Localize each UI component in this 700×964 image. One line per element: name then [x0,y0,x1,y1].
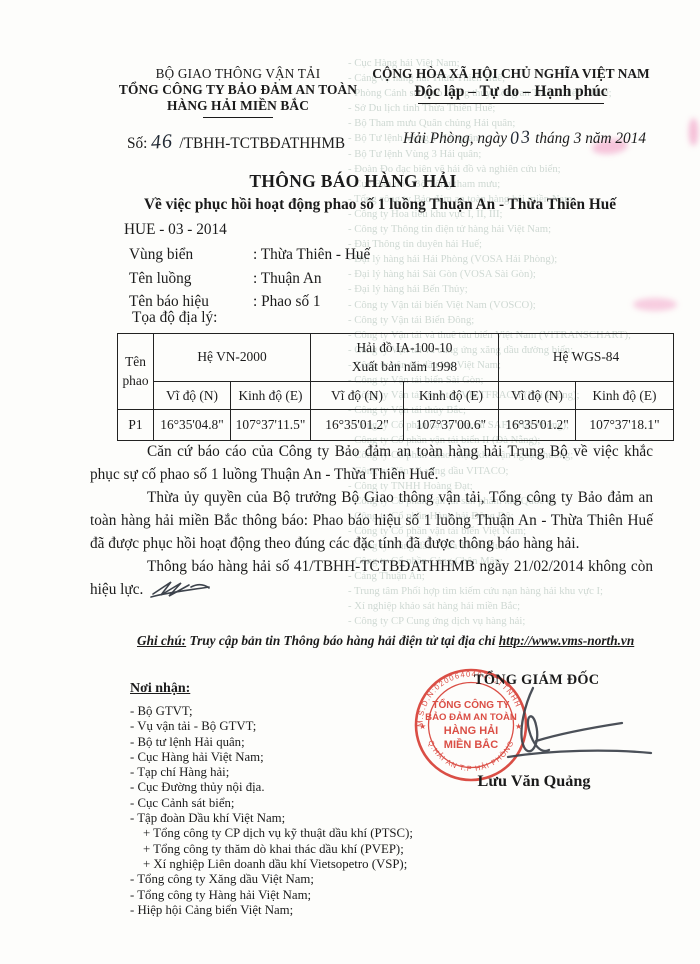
vn2000-lat-cell: 16°35'04.8" [154,410,231,441]
recipient-item: - Cục Hàng hải Việt Nam; [130,750,413,765]
chart-group-line2: Xuất bản năm 1998 [311,358,498,376]
table-row-p1: P1 16°35'04.8" 107°37'11.5" 16°35'01.2" … [118,410,674,441]
column-header-lat: Vĩ độ (N) [499,382,576,410]
bleedthrough-line: - Đại lý hàng hải Hải Phòng (VOSA Hải Ph… [348,252,696,267]
note-line: Ghi chú: Truy cập bản tin Thông báo hàng… [137,633,657,649]
recipient-item: - Tổng công ty Hàng hải Việt Nam; [130,888,413,903]
ministry-name: BỘ GIAO THÔNG VẬN TẢI [118,66,358,82]
info-row-channel: Tên luồng: Thuận An [129,267,370,291]
date-day-handwritten: 03 [509,126,533,149]
note-url: http://www.vms-north.vn [499,633,634,648]
recipient-subitem: + Tổng công ty CP dịch vụ kỹ thuật dầu k… [130,826,413,841]
info-value: : Thừa Thiên - Huế [253,246,370,263]
table-subheader-row: Vĩ độ (N) Kinh độ (E) Vĩ độ (N) Kinh độ … [118,382,674,410]
stamp-center-line4: MIỀN BẮC [444,738,498,751]
column-header-lat: Vĩ độ (N) [154,382,231,410]
pink-ink-smudge [689,118,698,146]
place-date-line: Hải Phòng, ngày03tháng 3 năm 2014 [403,127,646,148]
vn2000-lon-cell: 107°37'11.5" [231,410,311,441]
coordinates-heading: Tọa độ địa lý: [132,309,217,327]
document-subtitle: Về việc phục hồi hoạt động phao số 1 luồ… [70,196,690,214]
column-header-lon: Kinh độ (E) [231,382,311,410]
recipient-item: - Bộ GTVT; [130,704,413,719]
handwritten-paraph-mark [149,579,211,599]
column-header-lon: Kinh độ (E) [576,382,674,410]
corporation-name-line1: TỔNG CÔNG TY BẢO ĐẢM AN TOÀN [118,82,358,98]
recipient-item: - Cục Cảnh sát biển; [130,796,413,811]
note-label: Ghi chú: [137,633,186,648]
recipient-item: - Tập đoàn Dầu khí Việt Nam; [130,811,413,826]
bleedthrough-line: - Xí nghiệp khảo sát hàng hải miền Bắc; [348,599,696,614]
note-text: Truy cập bản tin Thông báo hàng hải điện… [186,633,499,648]
recipient-subitem: + Tổng công ty thăm dò khai thác dầu khí… [130,842,413,857]
bleedthrough-line: - Đài Thông tin duyên hải Huế; [348,237,696,252]
bleedthrough-line: - Công ty CP Cung ứng dịch vụ hàng hải; [348,614,696,629]
stamp-star-left: ★ [419,722,426,731]
column-group-vn2000: Hệ VN-2000 [154,334,311,382]
bleedthrough-line: - Bộ Tư lệnh Vùng 3 Hải quân; [348,147,696,162]
body-text: Căn cứ báo cáo của Công ty Bảo đảm an to… [90,440,653,601]
bleedthrough-line: - Đại lý hàng hải Bến Thủy; [348,282,696,297]
issuing-org-block: BỘ GIAO THÔNG VẬN TẢI TỔNG CÔNG TY BẢO Đ… [118,66,358,118]
info-value: : Thuận An [253,270,322,287]
doc-number-label: Số: [127,135,147,152]
notice-reference-code: HUE - 03 - 2014 [124,221,227,239]
republic-name: CỘNG HÒA XÃ HỘI CHỦ NGHĨA VIỆT NAM [366,66,656,82]
header-divider [203,117,273,118]
paragraph-supersede: Thông báo hàng hải số 41/TBHH-TCTBĐATHHM… [90,555,653,601]
doc-number-code: /TBHH-TCTBĐATHHMB [179,135,345,152]
recipient-item: - Tổng công ty Xăng dầu Việt Nam; [130,872,413,887]
info-label: Tên luồng [129,267,253,291]
doc-number-handwritten: 46 [151,130,175,154]
pink-ink-smudge [633,298,677,311]
recipients-heading: Nơi nhận: [130,681,413,697]
recipient-subitem: + Xí nghiệp Liên doanh dầu khí Vietsopet… [130,857,413,872]
coordinates-table: Tên phao Hệ VN-2000 Hải đồ IA-100-10 Xuấ… [117,333,674,441]
document-title: THÔNG BÁO HÀNG HẢI [3,171,700,192]
signer-name: Lưu Văn Quảng [458,772,610,791]
stamp-center-line3: HÀNG HẢI [444,724,498,737]
recipient-item: - Tạp chí Hàng hải; [130,765,413,780]
corporation-name-line2: HÀNG HẢI MIỀN BẮC [118,98,358,114]
info-label: Vùng biển [129,243,253,267]
column-group-chart: Hải đồ IA-100-10 Xuất bản năm 1998 [311,334,499,382]
chart-lon-cell: 107°37'00.6" [404,410,499,441]
bleedthrough-line: - Công ty Vận tải Biển Đông; [348,313,696,328]
info-value: : Phao số 1 [253,293,321,310]
recipient-item: - Vụ vận tải - Bộ GTVT; [130,719,413,734]
info-block: Vùng biển: Thừa Thiên - Huế Tên luồng: T… [129,243,370,314]
column-header-lat: Vĩ độ (N) [311,382,404,410]
signature-ink [500,684,665,769]
recipients-block: Nơi nhận: - Bộ GTVT; - Vụ vận tải - Bộ G… [130,681,413,918]
column-group-wgs84: Hệ WGS-84 [499,334,674,382]
bleedthrough-line: - Đại lý hàng hải Sài Gòn (VOSA Sài Gòn)… [348,267,696,282]
document-number-line: Số:46/TBHH-TCTBĐATHHMB [127,131,345,154]
recipient-item: - Cục Đường thủy nội địa. [130,780,413,795]
paragraph-announcement: Thừa ủy quyền của Bộ trưởng Bộ Giao thôn… [90,486,653,555]
wgs84-lon-cell: 107°37'18.1" [576,410,674,441]
date-rest: tháng 3 năm 2014 [535,130,646,147]
info-row-region: Vùng biển: Thừa Thiên - Huế [129,243,370,267]
bleedthrough-line: - Công ty Thông tin điện tử hàng hải Việ… [348,222,696,237]
recipient-item: - Bộ tư lệnh Hải quân; [130,735,413,750]
chart-group-line1: Hải đồ IA-100-10 [311,339,498,357]
chart-lat-cell: 16°35'01.2" [311,410,404,441]
table-group-header-row: Tên phao Hệ VN-2000 Hải đồ IA-100-10 Xuấ… [118,334,674,382]
column-header-lon: Kinh độ (E) [404,382,499,410]
recipient-item: - Hiệp hội Cảng biển Việt Nam; [130,903,413,918]
date-prefix: Hải Phòng, ngày [403,130,507,147]
scanned-maritime-notice-page: - Cục Hàng hải Việt Nam; - Cảng vụ hàng … [0,0,700,964]
paragraph-basis: Căn cứ báo cáo của Công ty Bảo đảm an to… [90,440,653,486]
buoy-name-cell: P1 [118,410,154,441]
wgs84-lat-cell: 16°35'01.2" [499,410,576,441]
national-header-block: CỘNG HÒA XÃ HỘI CHỦ NGHĨA VIỆT NAM Độc l… [366,66,656,104]
column-header-buoy-name: Tên phao [118,334,154,410]
stamp-center-line1: TỔNG CÔNG TY [432,698,510,711]
motto-divider [418,103,604,104]
signer-title: TỔNG GIÁM ĐỐC [474,672,599,689]
national-motto: Độc lập – Tự do – Hạnh phúc [366,83,656,101]
